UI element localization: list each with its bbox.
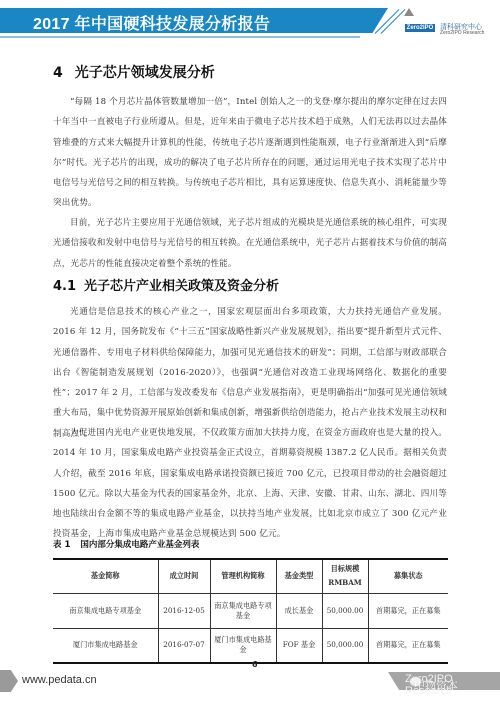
- column-header: 目标规模 RMBAM: [322, 559, 368, 593]
- table-cell: 南京集成电路专项基金: [53, 593, 158, 628]
- table-cell: 南京集成电路专项基金: [210, 593, 276, 628]
- paragraph: 目前，光子芯片主要应用于光通信领域，光子芯片组成的光模块是光通信系统的核心组件，…: [53, 213, 447, 274]
- column-header: 基金简称: [53, 559, 158, 593]
- fund-table: 基金简称 成立时间 管理机构简称 基金类型 目标规模 RMBAM 募集状态 南京…: [53, 558, 448, 664]
- table-cell: 成长基金: [276, 593, 322, 628]
- paragraph: 为促进国内光电产业更快地发展，不仅政策方面加大扶持力度，在资金方面政府也是大量的…: [53, 423, 447, 545]
- header-underline: [0, 36, 360, 38]
- table-cell: 50,000.00: [322, 628, 368, 663]
- subsection-heading: 4.1光子芯片产业相关政策及资金分析: [53, 275, 279, 294]
- table-cell: 厦门市集成电路基金: [210, 628, 276, 663]
- table-row: 厦门市集成电路基金 2016-07-07 厦门市集成电路基金 FOF 基金 50…: [53, 628, 448, 663]
- subsection-number: 4.1: [53, 279, 76, 294]
- page-number: 6: [252, 660, 258, 669]
- triangle-icon: [404, 8, 414, 16]
- table-header-row: 基金简称 成立时间 管理机构简称 基金类型 目标规模 RMBAM 募集状态: [53, 559, 448, 593]
- column-header-label: 目标规模: [326, 562, 365, 576]
- section-number: 4: [53, 65, 63, 81]
- table-cell: 2016-12-05: [158, 593, 210, 628]
- section-title: 光子芯片领域发展分析: [75, 65, 215, 81]
- paragraph: “每隔 18 个月芯片晶体管数量增加一倍”，Intel 创始人之一的戈登·摩尔提…: [53, 92, 447, 214]
- section-heading: 4光子芯片领域发展分析: [53, 62, 215, 82]
- table-cell: 首期募完，正在募集: [368, 593, 448, 628]
- arrow-icon: [0, 670, 18, 692]
- table-number: 表 1: [53, 540, 70, 550]
- watermark-text: 中物资本: [414, 677, 458, 693]
- footer-url-link[interactable]: www.pedata.cn: [22, 674, 97, 686]
- logo-en-text: Zero2IPO Research: [440, 30, 484, 36]
- subsection-title: 光子芯片产业相关政策及资金分析: [84, 279, 279, 294]
- table-cell: 首期募完，正在募集: [368, 628, 448, 663]
- table-row: 南京集成电路专项基金 2016-12-05 南京集成电路专项基金 成长基金 50…: [53, 593, 448, 628]
- column-header-unit: RMBAM: [326, 576, 365, 590]
- table-cell: 2016-07-07: [158, 628, 210, 663]
- table-title: 国内部分集成电路产业基金列表: [80, 540, 199, 550]
- table-caption: 表 1国内部分集成电路产业基金列表: [53, 538, 199, 550]
- page-header: 2017 年中国硬科技发展分析报告 Zero2IPO 清科研究中心 Zero2I…: [0, 0, 500, 42]
- column-header: 管理机构简称: [210, 559, 276, 593]
- table-cell: FOF 基金: [276, 628, 322, 663]
- table-cell: 厦门市集成电路基金: [53, 628, 158, 663]
- column-header: 成立时间: [158, 559, 210, 593]
- table-cell: 50,000.00: [322, 593, 368, 628]
- zero2ipo-logo: Zero2IPO: [405, 24, 435, 32]
- column-header: 募集状态: [368, 559, 448, 593]
- report-title: 2017 年中国硬科技发展分析报告: [33, 11, 270, 34]
- column-header: 基金类型: [276, 559, 322, 593]
